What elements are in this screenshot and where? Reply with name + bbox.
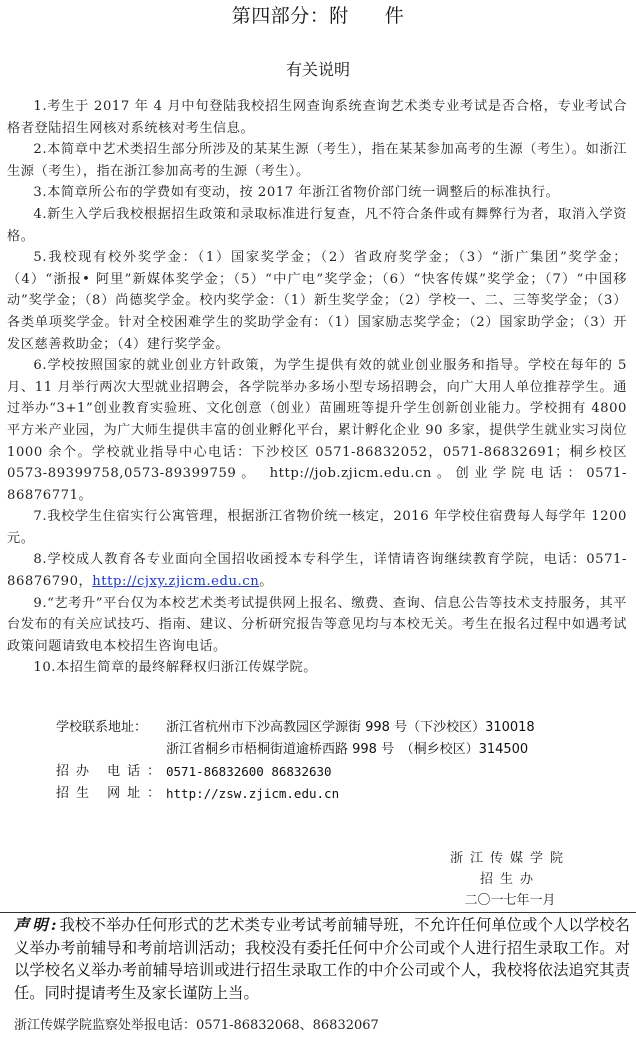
contact-block: 学校联系地址： 浙江省杭州市下沙高教园区学源街 998 号（下沙校区）31001… (56, 717, 616, 805)
signoff-block: 浙江传媒学院 招生办 二〇一七年一月 (400, 848, 620, 911)
website-row: 招生 网址： http://zsw.zjicm.edu.cn (56, 783, 616, 805)
section-subtitle: 有关说明 (0, 58, 636, 82)
address-row-1: 学校联系地址： 浙江省杭州市下沙高教园区学源街 998 号（下沙校区）31001… (56, 717, 616, 739)
horizontal-divider (0, 912, 636, 913)
note-item: 7.我校学生住宿实行公寓管理，根据浙江省物价统一核定，2016 年学校住宿费每人… (7, 506, 627, 549)
note-text: “艺考升”平台仅为本校艺术类考试提供网上报名、缴费、查询、信息公告等技术支持服务… (7, 596, 627, 654)
disclaimer-statement: 声明:我校不举办任何形式的艺术类专业考试考前辅导班，不允许任何单位或个人以学校名… (14, 914, 630, 1004)
note-number: 10. (33, 660, 56, 675)
note-text: 学校按照国家的就业创业方针政策，为学生提供有效的就业创业服务和指导。学校在每年的… (7, 358, 627, 503)
part-title-right: 件 (385, 5, 405, 27)
address-xiasha: 浙江省杭州市下沙高教园区学源街 998 号（下沙校区）310018 (166, 717, 535, 739)
note-item: 1.考生于 2017 年 4 月中旬登陆我校招生网查询系统查询艺术类专业考试是否… (7, 96, 627, 139)
note-text: 考生于 2017 年 4 月中旬登陆我校招生网查询系统查询艺术类专业考试是否合格… (7, 99, 627, 136)
note-item: 2.本简章中艺术类招生部分所涉及的某某生源（考生），指在某某参加高考的生源（考生… (7, 139, 627, 182)
notes-list: 1.考生于 2017 年 4 月中旬登陆我校招生网查询系统查询艺术类专业考试是否… (7, 96, 627, 679)
continuing-education-link[interactable]: http://cjxy.zjicm.edu.cn (92, 574, 259, 589)
note-item: 8.学校成人教育各专业面向全国招收函授本专科学生，详情请咨询继续教育学院，电话：… (7, 549, 627, 592)
note-number: 4. (33, 207, 47, 222)
note-item: 5.我校现有校外奖学金：（1）国家奖学金；（2）省政府奖学金；（3）“浙广集团”… (7, 247, 627, 355)
note-item: 9.“艺考升”平台仅为本校艺术类考试提供网上报名、缴费、查询、信息公告等技术支持… (7, 593, 627, 658)
note-item: 4.新生入学后我校根据招生政策和录取标准进行复查，凡不符合条件或有舞弊行为者，取… (7, 204, 627, 247)
report-hotline: 浙江传媒学院监察处举报电话：0571-86832068、86832067 (14, 1016, 614, 1036)
note-text: 我校现有校外奖学金：（1）国家奖学金；（2）省政府奖学金；（3）“浙广集团”奖学… (7, 250, 627, 351)
phone-row: 招办 电话： 0571-86832600 86832630 (56, 761, 616, 783)
note-text: 本简章中艺术类招生部分所涉及的某某生源（考生），指在某某参加高考的生源（考生）。… (7, 142, 627, 179)
note-number: 5. (33, 250, 47, 265)
note-text: 新生入学后我校根据招生政策和录取标准进行复查，凡不符合条件或有舞弊行为者，取消入… (7, 207, 627, 244)
note-suffix: 。 (259, 574, 273, 589)
note-number: 7. (33, 509, 47, 524)
phone-value: 0571-86832600 86832630 (166, 761, 332, 783)
signoff-date: 二〇一七年一月 (400, 890, 620, 911)
statement-text: 我校不举办任何形式的艺术类专业考试考前辅导班，不允许任何单位或个人以学校名义举办… (14, 916, 630, 1002)
note-text: 本简章所公布的学费如有变动，按 2017 年浙江省物价部门统一调整后的标准执行。 (47, 185, 559, 200)
note-text: 本招生简章的最终解释权归浙江传媒学院。 (56, 660, 317, 675)
note-item: 6.学校按照国家的就业创业方针政策，为学生提供有效的就业创业服务和指导。学校在每… (7, 355, 627, 506)
address-row-2: 浙江省桐乡市梧桐街道逾桥西路 998 号 （桐乡校区）314500 (56, 739, 616, 761)
website-value: http://zsw.zjicm.edu.cn (166, 783, 339, 805)
address-label: 学校联系地址： (56, 717, 166, 739)
signoff-office: 招生办 (400, 869, 620, 890)
statement-tag: 声明: (14, 916, 59, 934)
note-number: 6. (33, 358, 47, 373)
part-title-left: 第四部分：附 (232, 5, 349, 27)
note-number: 1. (33, 99, 47, 114)
note-number: 2. (33, 142, 47, 157)
address-tongxiang: 浙江省桐乡市梧桐街道逾桥西路 998 号 （桐乡校区）314500 (166, 739, 528, 761)
phone-label: 招办 电话： (56, 761, 166, 783)
website-label: 招生 网址： (56, 783, 166, 805)
note-text: 我校学生住宿实行公寓管理，根据浙江省物价统一核定，2016 年学校住宿费每人每学… (7, 509, 627, 546)
note-item: 10.本招生简章的最终解释权归浙江传媒学院。 (7, 657, 627, 679)
note-number: 9. (33, 596, 47, 611)
note-number: 3. (33, 185, 47, 200)
note-number: 8. (33, 552, 47, 567)
signoff-institution: 浙江传媒学院 (400, 848, 620, 869)
note-item: 3.本简章所公布的学费如有变动，按 2017 年浙江省物价部门统一调整后的标准执… (7, 182, 627, 204)
part-title: 第四部分：附件 (0, 3, 636, 29)
address-label-spacer (56, 739, 166, 761)
